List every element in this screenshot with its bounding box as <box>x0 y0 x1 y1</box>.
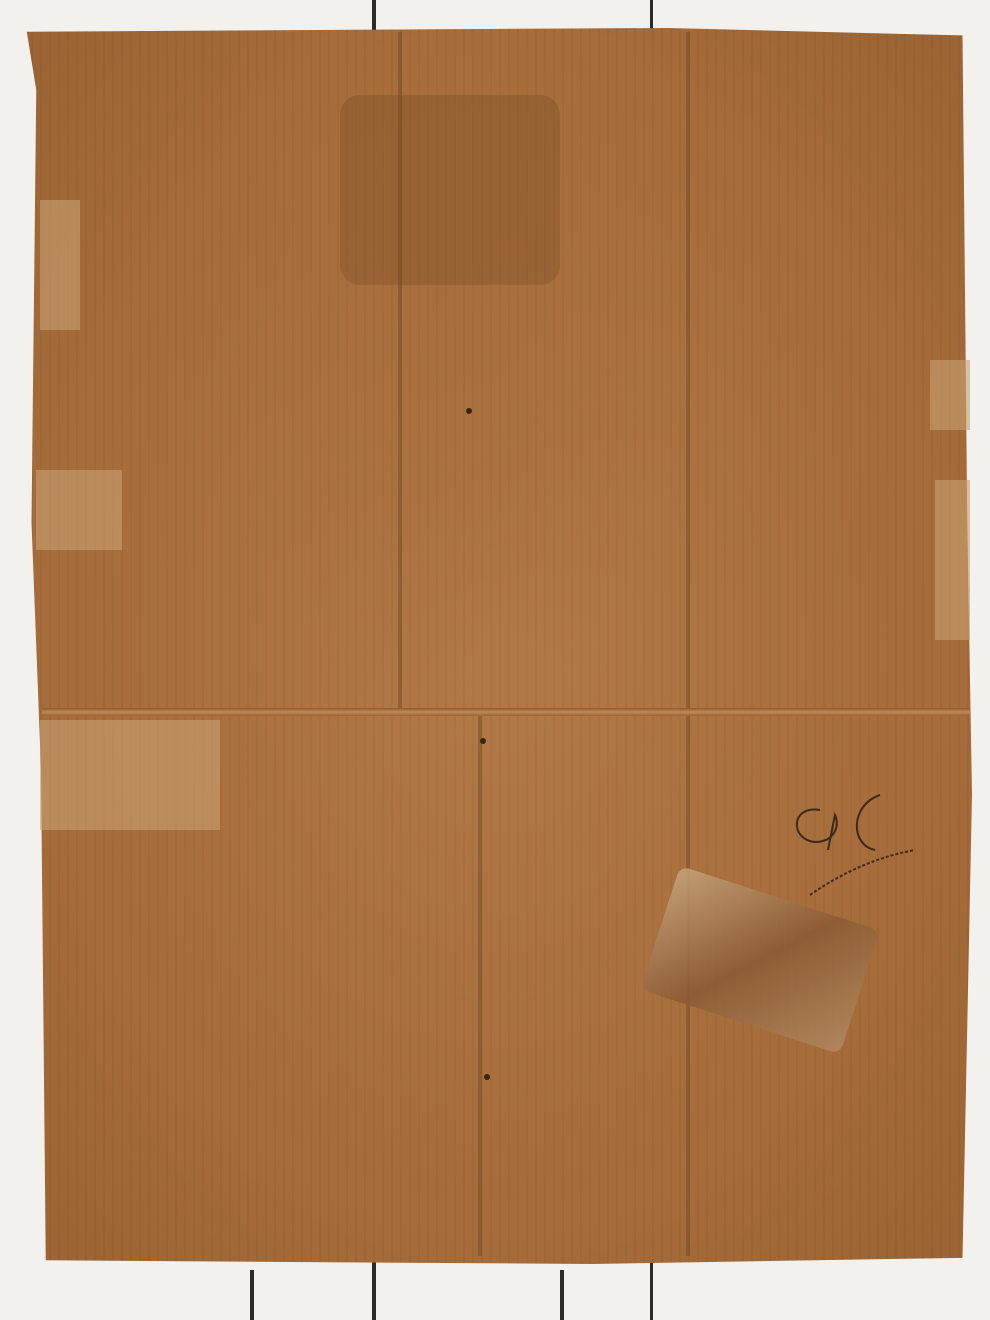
puncture <box>466 408 472 414</box>
floor-gap <box>650 0 653 32</box>
tape-residue <box>40 200 80 330</box>
puncture <box>480 738 486 744</box>
fold-line <box>478 716 482 1256</box>
horizontal-fold <box>42 708 970 716</box>
puncture <box>484 1074 490 1080</box>
tape-residue <box>36 470 122 550</box>
scraped-text-area <box>340 95 560 285</box>
tape-residue <box>935 480 970 640</box>
fold-line <box>398 32 402 708</box>
floor-gap <box>372 0 376 32</box>
floor-gap <box>250 1270 254 1320</box>
tape-residue <box>40 720 220 830</box>
fold-line <box>686 32 690 708</box>
floor-gap <box>560 1270 564 1320</box>
handwriting-mark <box>780 790 920 900</box>
tape-residue <box>930 360 970 430</box>
